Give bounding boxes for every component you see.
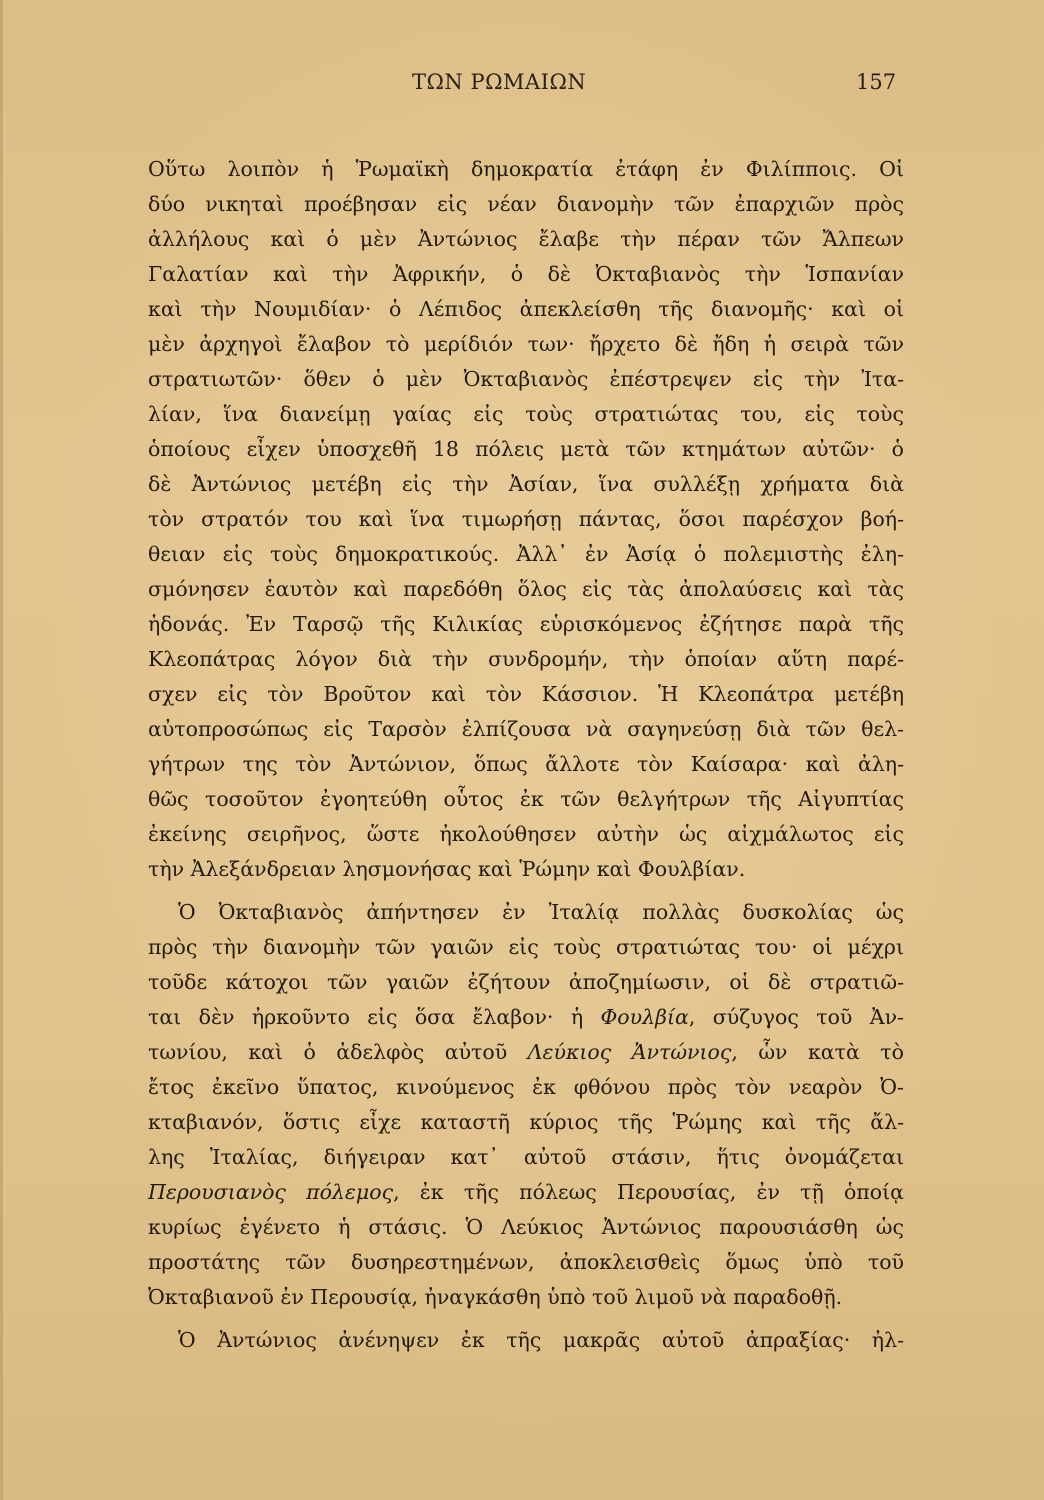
text-segment: , ὧν κατὰ τὸ	[731, 1040, 904, 1064]
text-line: τὴν Ἀλεξάνδρειαν λησμονήσας καὶ Ῥώμην κα…	[148, 852, 904, 887]
text-line: προστάτης τῶν δυσηρεστημένων, ἀποκλεισθε…	[148, 1245, 904, 1280]
body-text: Οὕτω λοιπὸν ἡ Ῥωμαϊκὴ δημοκρατία ἐτάφη ἐ…	[148, 152, 904, 1358]
text-line: Ὁ Ὀκταβιανὸς ἀπήντησεν ἐν Ἰταλίᾳ πολλὰς …	[148, 895, 904, 930]
paragraph-2: Ὁ Ὀκταβιανὸς ἀπήντησεν ἐν Ἰταλίᾳ πολλὰς …	[148, 895, 904, 1315]
text-line-mixed: ται δὲν ἠρκοῦντο εἰς ὅσα ἔλαβον· ἡ Φουλβ…	[148, 1000, 904, 1035]
book-page: ΤΩΝ ΡΩΜΑΙΩΝ 157 Οὕτω λοιπὸν ἡ Ῥωμαϊκὴ δη…	[0, 0, 1044, 1500]
text-line: λης Ἰταλίας, διήγειραν κατ᾽ αὐτοῦ στάσιν…	[148, 1140, 904, 1175]
text-line: λίαν, ἵνα διανείμῃ γαίας εἰς τοὺς στρατι…	[148, 397, 904, 432]
text-line: θειαν εἰς τοὺς δημοκρατικούς. Ἀλλ᾽ ἐν Ἀσ…	[148, 537, 904, 572]
text-line: κυρίως ἐγένετο ἡ στάσις. Ὁ Λεύκιος Ἀντών…	[148, 1210, 904, 1245]
text-line: Οὕτω λοιπὸν ἡ Ῥωμαϊκὴ δημοκρατία ἐτάφη ἐ…	[148, 152, 904, 187]
text-line: Γαλατίαν καὶ τὴν Ἀφρικήν, ὁ δὲ Ὀκταβιανὸ…	[148, 257, 904, 292]
page-edge	[0, 0, 3, 1500]
text-line: κταβιανόν, ὅστις εἶχε καταστῆ κύριος τῆς…	[148, 1105, 904, 1140]
page-number: 157	[856, 70, 896, 94]
text-line: στρατιωτῶν· ὅθεν ὁ μὲν Ὀκταβιανὸς ἐπέστρ…	[148, 362, 904, 397]
paragraph-gap	[148, 887, 904, 895]
text-line: τὸν στρατόν του καὶ ἵνα τιμωρήσῃ πάντας,…	[148, 502, 904, 537]
paragraph-gap	[148, 1315, 904, 1323]
text-line: ἔτος ἐκεῖνο ὕπατος, κινούμενος ἐκ φθόνου…	[148, 1070, 904, 1105]
text-segment: , σύζυγος τοῦ Ἀν-	[689, 1005, 904, 1029]
italic-name-fulvia: Φουλβία	[601, 1005, 689, 1029]
text-line: Ὁ Ἀντώνιος ἀνένηψεν ἐκ τῆς μακρᾶς αὐτοῦ …	[148, 1323, 904, 1358]
text-line: δὲ Ἀντώνιος μετέβη εἰς τὴν Ἀσίαν, ἵνα συ…	[148, 467, 904, 502]
text-line: πρὸς τὴν διανομὴν τῶν γαιῶν εἰς τοὺς στρ…	[148, 930, 904, 965]
italic-term-perusine-war: Περουσιανὸς πόλεμος	[148, 1180, 393, 1204]
text-line: ὁποίους εἶχεν ὑποσχεθῆ 18 πόλεις μετὰ τῶ…	[148, 432, 904, 467]
text-line: σχεν εἰς τὸν Βροῦτον καὶ τὸν Κάσσιον. Ἡ …	[148, 677, 904, 712]
text-line-mixed: Περουσιανὸς πόλεμος, ἐκ τῆς πόλεως Περου…	[148, 1175, 904, 1210]
text-line: ἐκείνης σειρῆνος, ὥστε ἠκολούθησεν αὐτὴν…	[148, 817, 904, 852]
text-line: μὲν ἀρχηγοὶ ἔλαβον τὸ μερίδιόν των· ἤρχε…	[148, 327, 904, 362]
paragraph-1: Οὕτω λοιπὸν ἡ Ῥωμαϊκὴ δημοκρατία ἐτάφη ἐ…	[148, 152, 904, 887]
text-line: γήτρων της τὸν Ἀντώνιον, ὅπως ἄλλοτε τὸν…	[148, 747, 904, 782]
text-line: δύο νικηταὶ προέβησαν εἰς νέαν διανομὴν …	[148, 187, 904, 222]
text-line: Κλεοπάτρας λόγον διὰ τὴν συνδρομήν, τὴν …	[148, 642, 904, 677]
text-segment: τωνίου, καὶ ὁ ἀδελφὸς αὐτοῦ	[148, 1040, 528, 1064]
running-head: ΤΩΝ ΡΩΜΑΙΩΝ 157	[0, 70, 1044, 104]
text-line: θῶς τοσοῦτον ἐγοητεύθη οὗτος ἐκ τῶν θελγ…	[148, 782, 904, 817]
running-title: ΤΩΝ ΡΩΜΑΙΩΝ	[412, 70, 586, 94]
text-line: ἀλλήλους καὶ ὁ μὲν Ἀντώνιος ἔλαβε τὴν πέ…	[148, 222, 904, 257]
text-line: σμόνησεν ἑαυτὸν καὶ παρεδόθη ὅλος εἰς τὰ…	[148, 572, 904, 607]
text-segment: ται δὲν ἠρκοῦντο εἰς ὅσα ἔλαβον· ἡ	[148, 1005, 601, 1029]
text-line-mixed: τωνίου, καὶ ὁ ἀδελφὸς αὐτοῦ Λεύκιος Ἀντώ…	[148, 1035, 904, 1070]
paragraph-3: Ὁ Ἀντώνιος ἀνένηψεν ἐκ τῆς μακρᾶς αὐτοῦ …	[148, 1323, 904, 1358]
text-line: τοῦδε κάτοχοι τῶν γαιῶν ἐζήτουν ἀποζημίω…	[148, 965, 904, 1000]
text-line: Ὀκταβιανοῦ ἐν Περουσίᾳ, ἠναγκάσθη ὑπὸ το…	[148, 1280, 904, 1315]
text-segment: , ἐκ τῆς πόλεως Περουσίας, ἐν τῇ ὁποίᾳ	[393, 1180, 904, 1204]
italic-name-lucius: Λεύκιος Ἀντώνιος	[528, 1040, 732, 1064]
text-line: αὐτοπροσώπως εἰς Ταρσὸν ἐλπίζουσα νὰ σαγ…	[148, 712, 904, 747]
text-line: ἡδονάς. Ἐν Ταρσῷ τῆς Κιλικίας εὑρισκόμεν…	[148, 607, 904, 642]
text-line: καὶ τὴν Νουμιδίαν· ὁ Λέπιδος ἀπεκλείσθη …	[148, 292, 904, 327]
